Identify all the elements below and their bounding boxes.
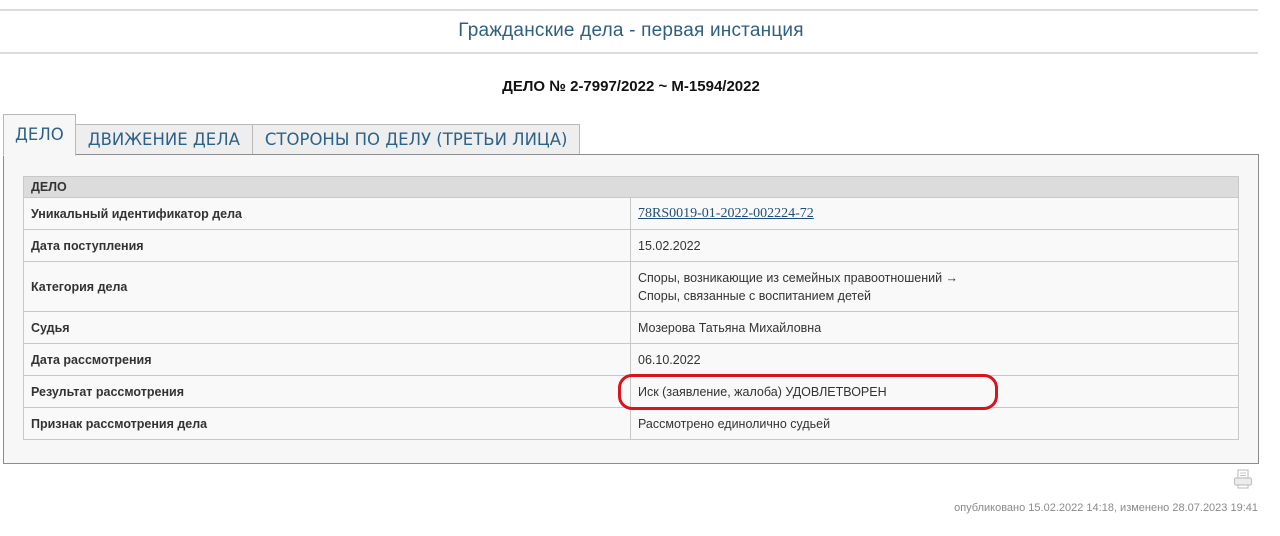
publication-meta: опубликовано 15.02.2022 14:18, изменено … <box>954 502 1258 514</box>
case-panel: ДЕЛО Уникальный идентификатор дела 78RS0… <box>3 154 1259 464</box>
row-label: Категория дела <box>24 262 631 312</box>
row-label: Дата поступления <box>24 230 631 262</box>
row-value: 06.10.2022 <box>631 344 1239 376</box>
row-value: 15.02.2022 <box>631 230 1239 262</box>
case-info-table: ДЕЛО Уникальный идентификатор дела 78RS0… <box>23 176 1239 440</box>
tab-case-movement[interactable]: ДВИЖЕНИЕ ДЕЛА <box>75 124 253 156</box>
row-value: Споры, возникающие из семейных правоотно… <box>631 262 1239 312</box>
table-row-category: Категория дела Споры, возникающие из сем… <box>24 262 1239 312</box>
unique-id-link[interactable]: 78RS0019-01-2022-002224-72 <box>638 206 814 221</box>
row-value: Рассмотрено единолично судьей <box>631 408 1239 440</box>
row-label: Судья <box>24 312 631 344</box>
category-line: Споры, возникающие из семейных правоотно… <box>638 269 1231 287</box>
table-row-unique-id: Уникальный идентификатор дела 78RS0019-0… <box>24 198 1239 230</box>
row-value: Мозерова Татьяна Михайловна <box>631 312 1239 344</box>
row-label: Дата рассмотрения <box>24 344 631 376</box>
section-title: Гражданские дела - первая инстанция <box>0 20 1262 42</box>
printer-icon[interactable] <box>1232 468 1254 490</box>
case-tabs: ДЕЛО ДВИЖЕНИЕ ДЕЛА СТОРОНЫ ПО ДЕЛУ (ТРЕТ… <box>3 114 579 156</box>
row-label: Уникальный идентификатор дела <box>24 198 631 230</box>
table-header: ДЕЛО <box>24 177 1239 198</box>
tab-case[interactable]: ДЕЛО <box>3 114 76 156</box>
tab-parties[interactable]: СТОРОНЫ ПО ДЕЛУ (ТРЕТЬИ ЛИЦА) <box>252 124 581 156</box>
row-value: 78RS0019-01-2022-002224-72 <box>631 198 1239 230</box>
row-value: Иск (заявление, жалоба) УДОВЛЕТВОРЕН <box>631 376 1239 408</box>
table-row-result: Результат рассмотрения Иск (заявление, ж… <box>24 376 1239 408</box>
table-row-review-date: Дата рассмотрения 06.10.2022 <box>24 344 1239 376</box>
subcategory-line: Споры, связанные с воспитанием детей <box>638 287 1231 305</box>
top-divider <box>0 9 1258 11</box>
row-label: Признак рассмотрения дела <box>24 408 631 440</box>
title-divider <box>0 52 1258 54</box>
table-row-review-type: Признак рассмотрения дела Рассмотрено ед… <box>24 408 1239 440</box>
table-row-judge: Судья Мозерова Татьяна Михайловна <box>24 312 1239 344</box>
case-number-heading: ДЕЛО № 2-7997/2022 ~ М-1594/2022 <box>0 78 1262 95</box>
table-row-receipt-date: Дата поступления 15.02.2022 <box>24 230 1239 262</box>
row-label: Результат рассмотрения <box>24 376 631 408</box>
